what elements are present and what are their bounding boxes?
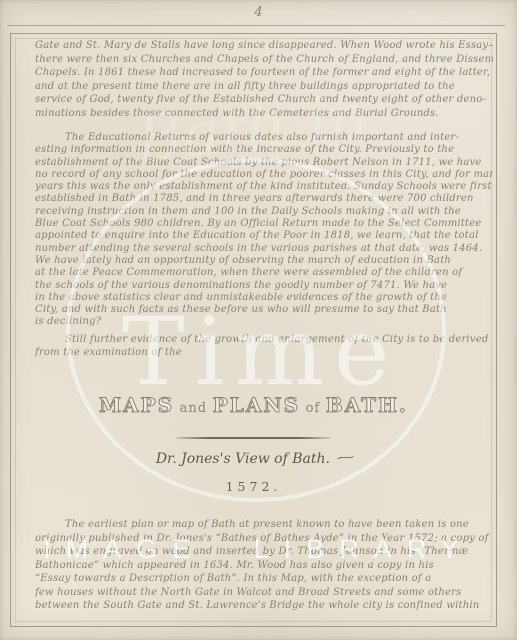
manuscript-line: number attending the several schools in … [35,243,493,255]
manuscript-line: receiving instruction in them and 100 in… [35,206,493,218]
top-rule [7,25,505,26]
manuscript-line: which was engraved on wood and inserted … [35,545,493,559]
manuscript-line: The Educational Returns of various dates… [35,132,493,144]
paragraph-churches: Gate and St. Mary de Stalls have long si… [35,39,493,120]
manuscript-line: establishment of the Blue Coat Schools b… [35,157,493,169]
manuscript-line: from the examination of the [35,346,493,359]
manuscript-page-photo: 4 Gate and St. Mary de Stalls have long … [0,0,517,640]
manuscript-line: We have lately had an opportunity of obs… [35,255,493,267]
manuscript-line: Blue Coat Schools 980 children. By an Of… [35,218,493,230]
heading-word: MAPS [99,393,174,417]
page-number: 4 [0,5,517,20]
heading-word: BATH. [326,393,408,417]
heading-word: of [306,401,321,416]
subheading-text: Dr. Jones's View of Bath. [156,451,330,467]
manuscript-line: the schools of the various denominations… [35,280,493,292]
heading-divider-rule [176,437,331,439]
manuscript-line: Bathonicae” which appeared in 1634. Mr. … [35,559,493,573]
manuscript-line: in the above statistics clear and unmist… [35,292,493,304]
manuscript-line: Gate and St. Mary de Stalls have long si… [35,39,493,53]
section-heading-maps-and-plans: MAPS and PLANS of BATH. [10,393,497,417]
manuscript-line: and at the present time there are in all… [35,80,493,94]
manuscript-line: there were then six Churches and Chapels… [35,53,493,67]
paragraph-earliest-map: The earliest plan or map of Bath at pres… [35,518,493,613]
paragraph-education: The Educational Returns of various dates… [35,132,493,329]
manuscript-line: originally published in Dr. Jones's “Bat… [35,532,493,546]
manuscript-line: at the late Peace Commemoration, when th… [35,267,493,279]
manuscript-line: appointed to enquire into the Education … [35,230,493,242]
manuscript-line: established in Bath in 1785, and in thre… [35,193,493,205]
manuscript-line: Still further evidence of the growth and… [35,333,493,346]
manuscript-line: few houses without the North Gate in Wal… [35,586,493,600]
heading-word: PLANS [213,393,300,417]
manuscript-line: The earliest plan or map of Bath at pres… [35,518,493,532]
flourish-squiggle: ~ [332,450,360,465]
manuscript-line: years this was the only establishment of… [35,181,493,193]
year-label: 1572. [10,479,497,494]
manuscript-line: between the South Gate and St. Lawrence'… [35,599,493,613]
manuscript-line: minations besides those connected with t… [35,107,493,121]
heading-word: and [180,401,207,416]
manuscript-line: City, and with such facts as these befor… [35,304,493,316]
manuscript-line: is declining? [35,316,493,328]
manuscript-line: esting information in connection with th… [35,144,493,156]
manuscript-line: service of God, twenty five of the Estab… [35,93,493,107]
manuscript-line: no record of any school for the educatio… [35,169,493,181]
manuscript-line: Chapels. In 1861 these had increased to … [35,66,493,80]
subheading-dr-jones-view: Dr. Jones's View of Bath.~ [10,451,497,467]
manuscript-line: “Essay towards a Description of Bath”. I… [35,572,493,586]
paragraph-further-evidence: Still further evidence of the growth and… [35,333,493,359]
